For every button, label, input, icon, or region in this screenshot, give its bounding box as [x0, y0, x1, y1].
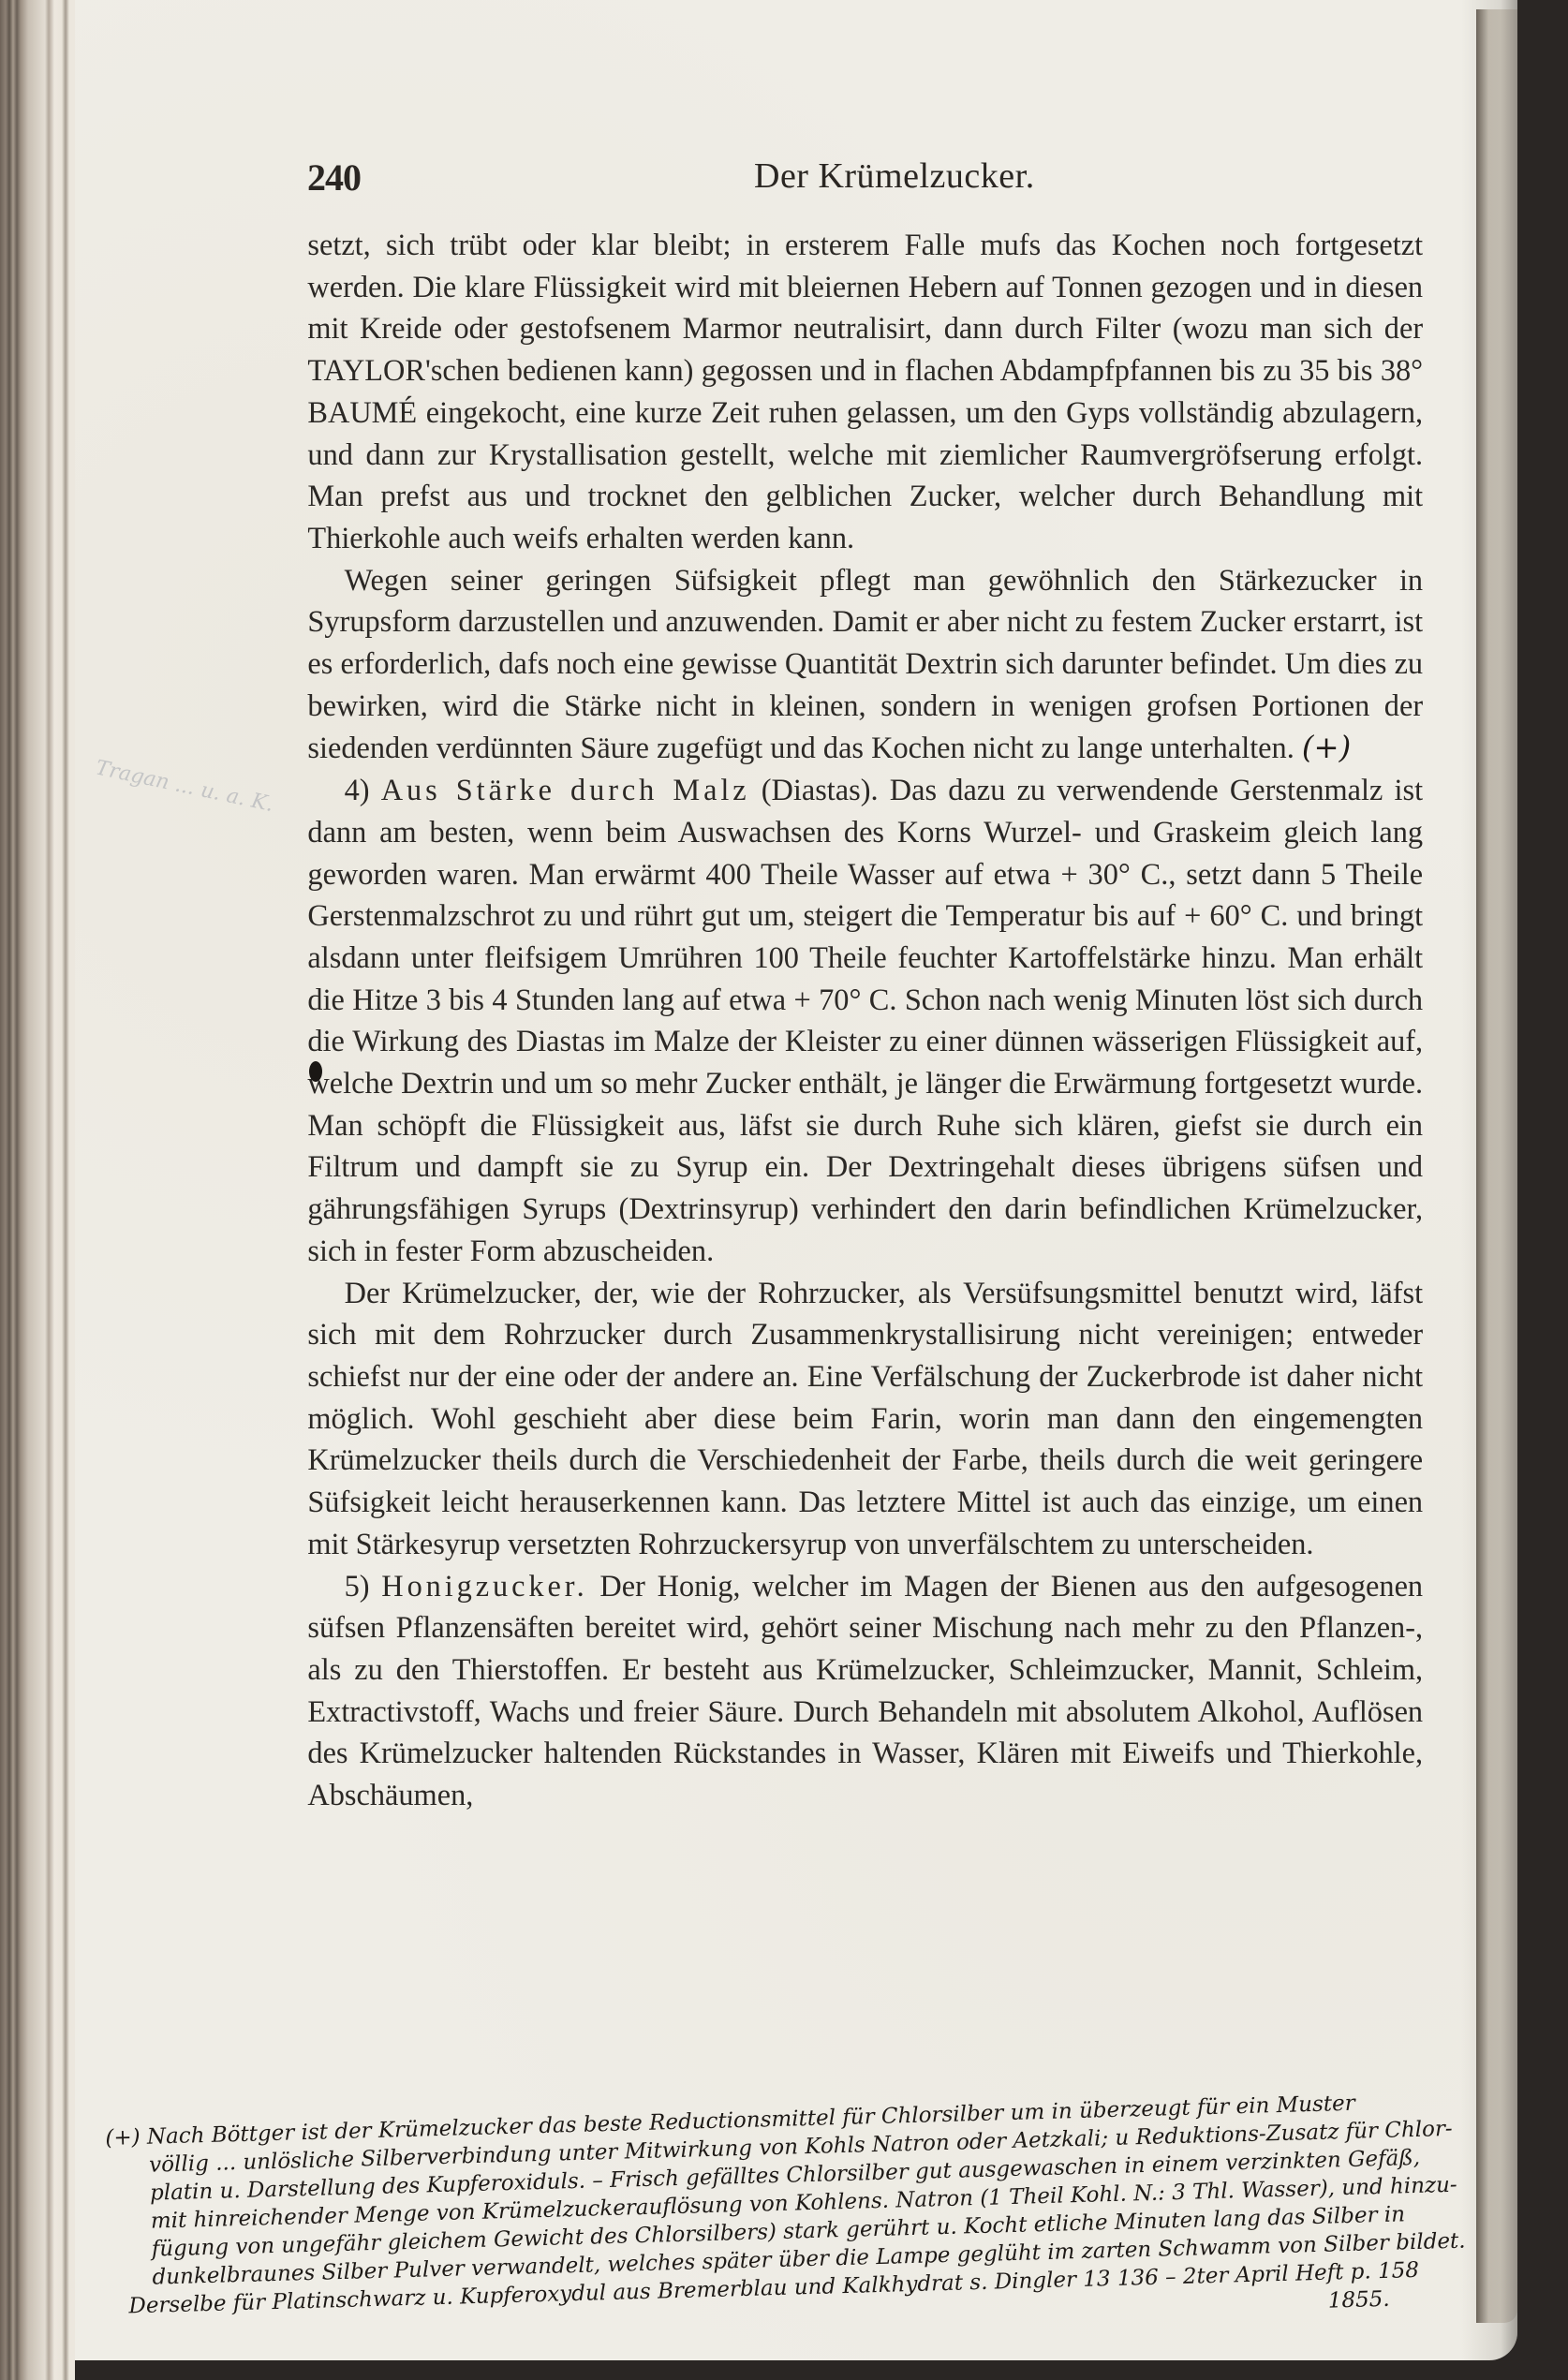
paragraph-5-section-5: 5) Honigzucker. Der Honig, welcher im Ma…	[307, 1566, 1423, 1817]
running-header: 240 Der Krümelzucker.	[234, 150, 1442, 206]
ink-blot	[309, 1061, 322, 1082]
paragraph-4: Der Krümelzucker, der, wie der Rohrzucke…	[307, 1273, 1423, 1566]
running-title: Der Krümelzucker.	[754, 155, 1035, 197]
handwritten-annotation-mark: (+)	[1302, 729, 1351, 765]
section-heading-suffix: (Diastas).	[750, 774, 879, 807]
section-number: 4)	[345, 774, 370, 807]
section-heading: Honigzucker.	[381, 1570, 587, 1604]
paragraph-text: Der Honig, welcher im Magen der Bienen a…	[307, 1570, 1423, 1813]
page-curl-shadow	[1461, 0, 1517, 2360]
scanned-book-page: Tragan ... u. a. K. 240 Der Krümelzucker…	[0, 0, 1568, 2380]
paragraph-text: Das dazu zu verwendende Gerstenmalz ist …	[307, 774, 1423, 1268]
book-gutter-page-edges	[0, 0, 75, 2380]
body-text: setzt, sich trübt oder klar bleibt; in e…	[234, 225, 1423, 1817]
page-number: 240	[307, 155, 361, 200]
paragraph-3-section-4: 4) Aus Stärke durch Malz (Diastas). Das …	[307, 770, 1423, 1272]
paragraph-text: Wegen seiner geringen Süfsigkeit pflegt …	[307, 564, 1423, 766]
section-number: 5)	[345, 1570, 370, 1604]
section-heading: Aus Stärke durch Malz	[381, 774, 750, 807]
printed-text-block: 240 Der Krümelzucker. setzt, sich trübt …	[234, 150, 1442, 1817]
paragraph-2: Wegen seiner geringen Süfsigkeit pflegt …	[307, 560, 1423, 771]
footnote-marker: (+)	[105, 2125, 141, 2151]
paragraph-text: setzt, sich trübt oder klar bleibt; in e…	[307, 229, 1423, 555]
paragraph-1: setzt, sich trübt oder klar bleibt; in e…	[307, 225, 1423, 560]
handwritten-footnote: (+) Nach Böttger ist der Krümelzucker da…	[105, 2085, 1534, 2349]
paragraph-text: Der Krümelzucker, der, wie der Rohrzucke…	[307, 1277, 1423, 1561]
